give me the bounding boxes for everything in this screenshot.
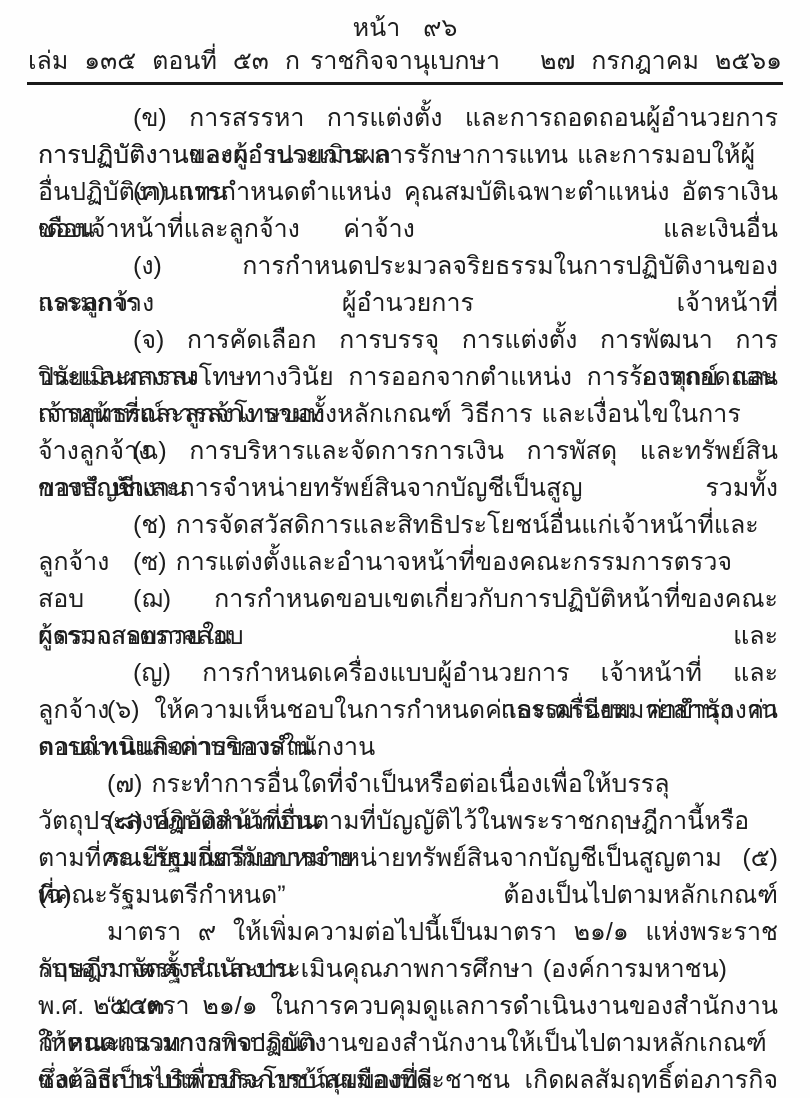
text-line: รับรองมาตรฐานและประเมินคุณภาพการศึกษา (อ… — [38, 951, 778, 988]
text-line: “มาตรา ๒๑/๑ ในการควบคุมดูแลการดำเนินงานข… — [38, 988, 778, 1025]
text-line: (ข) การสรรหา การแต่งตั้ง และการถอดถอนผู้… — [38, 100, 778, 137]
text-line: (ง) การกำหนดประมวลจริยธรรมในการปฏิบัติงา… — [38, 248, 778, 285]
text-line: การปฏิบัติงานของผู้อำนวยการ การรักษาการแ… — [38, 137, 778, 174]
text-line: (๗) กระทำการอื่นใดที่จำเป็นหรือต่อเนื่อง… — [38, 766, 778, 803]
text-line: (๖) ให้ความเห็นชอบในการกำหนดค่าธรรมเนียม… — [38, 692, 778, 729]
text-line: เจ้าหน้าที่และลูกจ้าง รวมทั้งหลักเกณฑ์ ว… — [38, 396, 778, 433]
text-line: (จ) การคัดเลือก การบรรจุ การแต่งตั้ง การ… — [38, 322, 778, 359]
text-line: (ซ) การแต่งตั้งและอำนาจหน้าที่ของคณะกรรม… — [38, 544, 778, 581]
text-line: ระเบียบเกี่ยวกับการจำหน่ายทรัพย์สินจากบั… — [38, 840, 778, 877]
publication-date: ๒๗ กรกฎาคม ๒๕๖๑ — [500, 44, 782, 78]
text-line: ซึ่งต้องเป็นไปเพื่อประโยชน์สุขของประชาชน… — [38, 1062, 778, 1098]
volume-issue-label: เล่ม ๑๓๕ ตอนที่ ๕๓ ก — [28, 44, 310, 78]
document-body: (ข) การสรรหา การแต่งตั้ง และการถอดถอนผู้… — [0, 85, 810, 1098]
gazette-page: หน้า ๙๖ เล่ม ๑๓๕ ตอนที่ ๕๓ ก ราชกิจจานุเ… — [0, 0, 810, 1098]
text-line: (ญ) การกำหนดเครื่องแบบผู้อำนวยการ เจ้าหน… — [38, 655, 778, 692]
text-line: (ค) การกำหนดตำแหน่ง คุณสมบัติเฉพาะตำแหน่… — [38, 174, 778, 211]
text-line: (ฌ) การกำหนดขอบเขตเกี่ยวกับการปฏิบัติหน้… — [38, 581, 778, 618]
gazette-title: ราชกิจจานุเบกษา — [310, 44, 500, 78]
page-number: หน้า ๙๖ — [0, 0, 810, 44]
text-line: กำหนดแนวทางการปฏิบัติงานของสำนักงานให้เป… — [38, 1025, 778, 1062]
text-line: (ช) การจัดสวัสดิการและสิทธิประโยชน์อื่นแ… — [38, 507, 778, 544]
text-line: (ฉ) การบริหารและจัดการการเงิน การพัสดุ แ… — [38, 433, 778, 470]
text-line: การดำเนินกิจการของสำนักงาน — [38, 729, 778, 766]
text-line: วินัยและการลงโทษทางวินัย การออกจากตำแหน่… — [38, 359, 778, 396]
text-line: มาตรา ๙ ให้เพิ่มความต่อไปนี้เป็นมาตรา ๒๑… — [38, 914, 778, 951]
text-line: (๘) ปฏิบัติหน้าที่อื่นตามที่บัญญัติไว้ใน… — [38, 803, 778, 840]
masthead: เล่ม ๑๓๕ ตอนที่ ๕๓ ก ราชกิจจานุเบกษา ๒๗ … — [0, 44, 810, 78]
